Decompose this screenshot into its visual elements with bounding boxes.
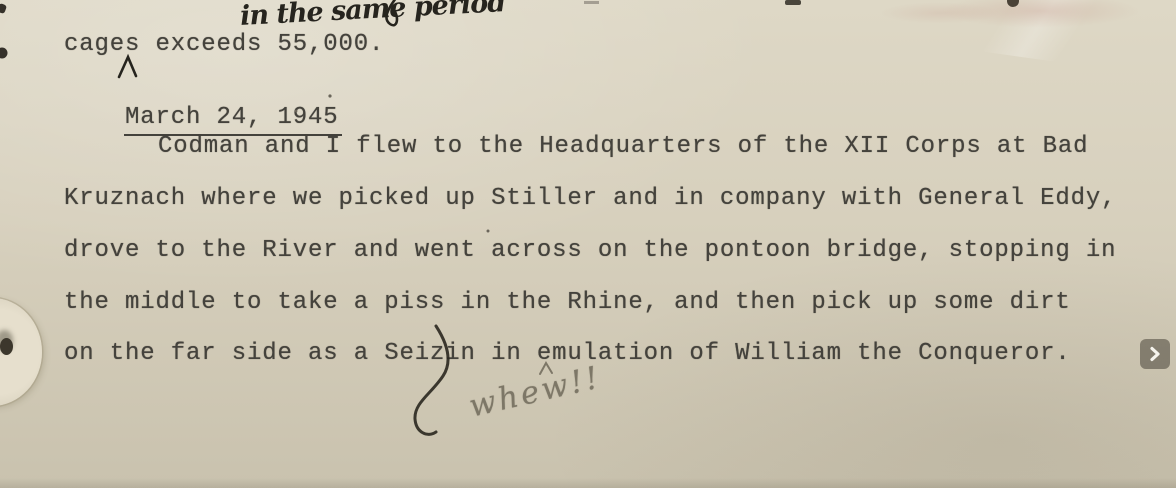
- typed-line-cages: cages exceeds 55,000.: [64, 31, 384, 58]
- next-page-button[interactable]: [1140, 339, 1170, 369]
- paper-crease: [871, 0, 1176, 83]
- scan-speck: [1007, 0, 1019, 7]
- entry-line: Codman and I flew to the Headquarters of…: [158, 133, 1088, 160]
- paper-stain: [940, 0, 1140, 28]
- entry-line: on the far side as a Seizin in emulation…: [64, 340, 1071, 367]
- entry-line: the middle to take a piss in the Rhine, …: [64, 289, 1071, 316]
- cutoff-mark: [785, 0, 801, 5]
- handwritten-insertion: in the same period: [239, 0, 506, 32]
- scan-speck: [0, 48, 8, 59]
- handwritten-reaction: whew!!: [466, 359, 605, 424]
- entry-line: drove to the River and went across on th…: [64, 237, 1116, 264]
- entry-line: Kruznach where we picked up Stiller and …: [64, 185, 1116, 212]
- bottom-shadow: [0, 478, 1176, 488]
- chevron-right-icon: [1147, 346, 1163, 362]
- punch-hole-mark: [0, 338, 13, 355]
- cutoff-mark: [584, 1, 599, 4]
- scan-speck: [487, 230, 490, 233]
- document-viewer: in the same period cages exceeds 55,000.…: [0, 0, 1176, 488]
- caret-mark: [119, 57, 136, 77]
- scan-speck: [0, 3, 7, 14]
- paper-stain: [880, 2, 1000, 24]
